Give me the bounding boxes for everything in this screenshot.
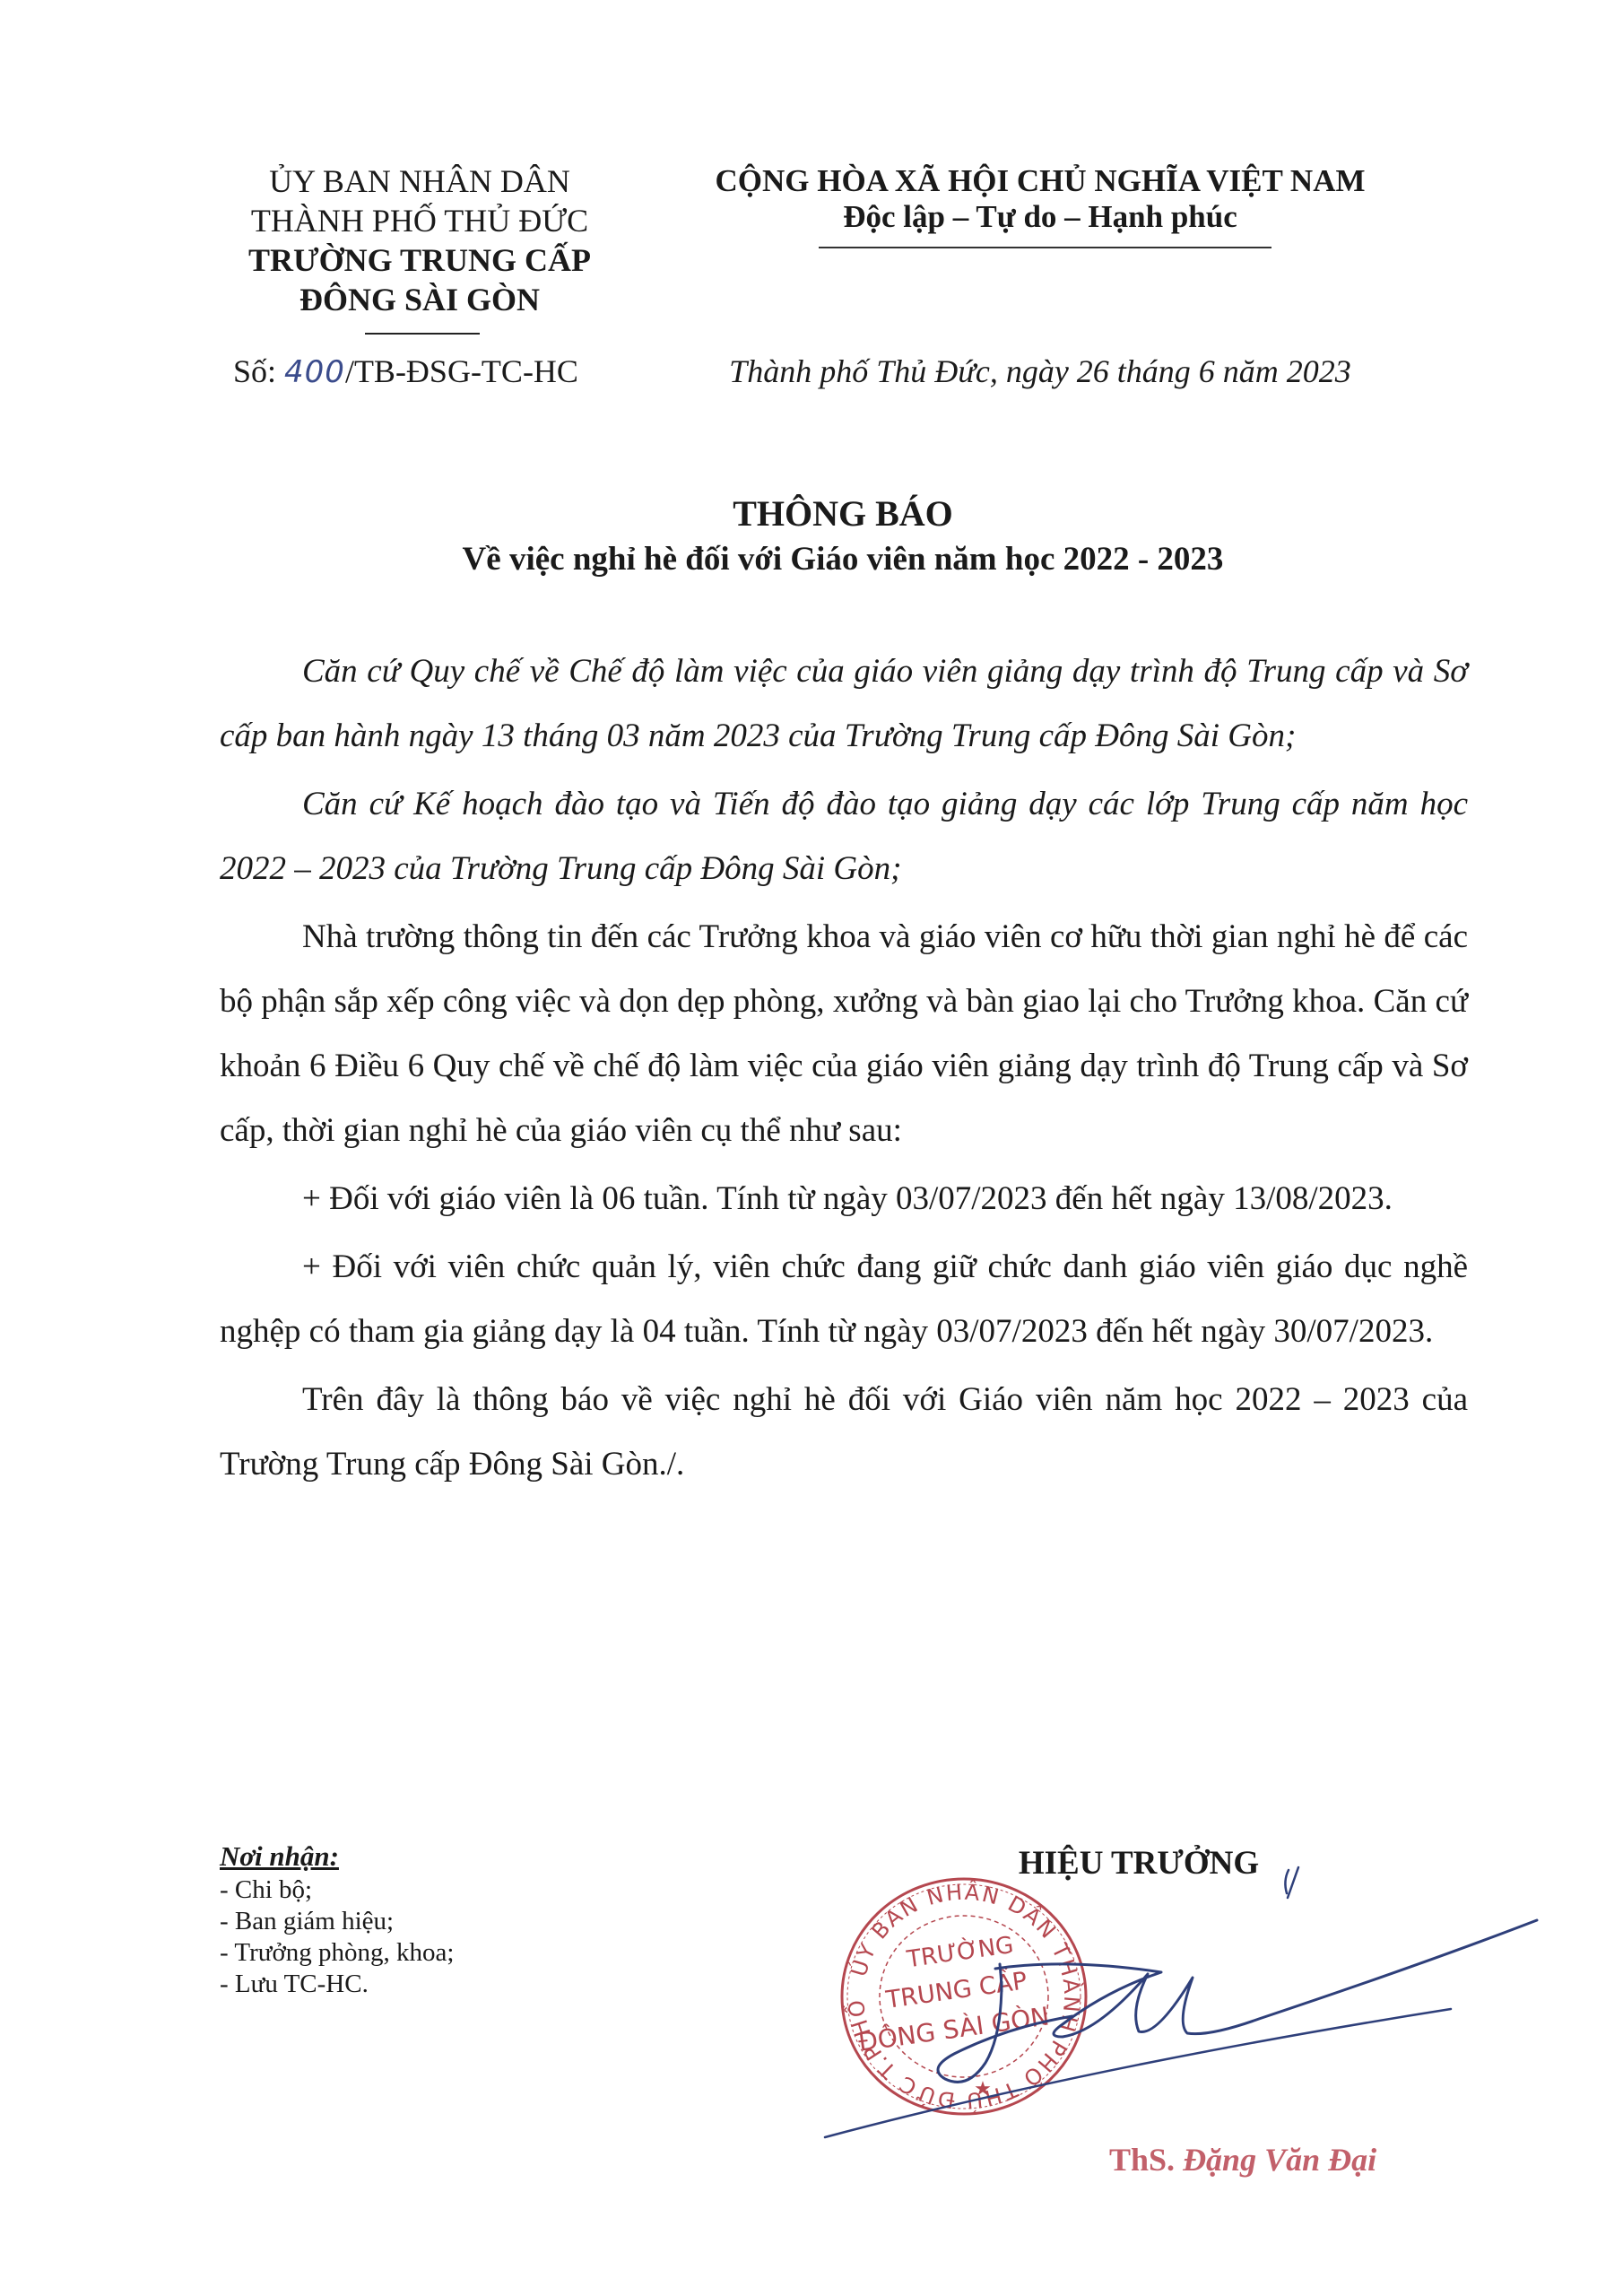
signer-position: HIỆU TRƯỞNG [897,1843,1381,1884]
official-seal: ỦY BAN NHÂN DÂN THÀNH PHỐ THỦ ĐỨC T.P HỒ… [0,0,1086,2116]
signer-full-name: Đặng Văn Đại [1183,2142,1376,2178]
signature-overlay: ỦY BAN NHÂN DÂN THÀNH PHỐ THỦ ĐỨC T.P HỒ… [0,0,1623,2296]
signer-degree: ThS. [1109,2142,1175,2178]
signer-name: ThS. Đặng Văn Đại [1109,2139,1405,2180]
seal-outer-text: ỦY BAN NHÂN DÂN THÀNH PHỐ THỦ ĐỨC T.P HỒ… [0,0,1085,2116]
